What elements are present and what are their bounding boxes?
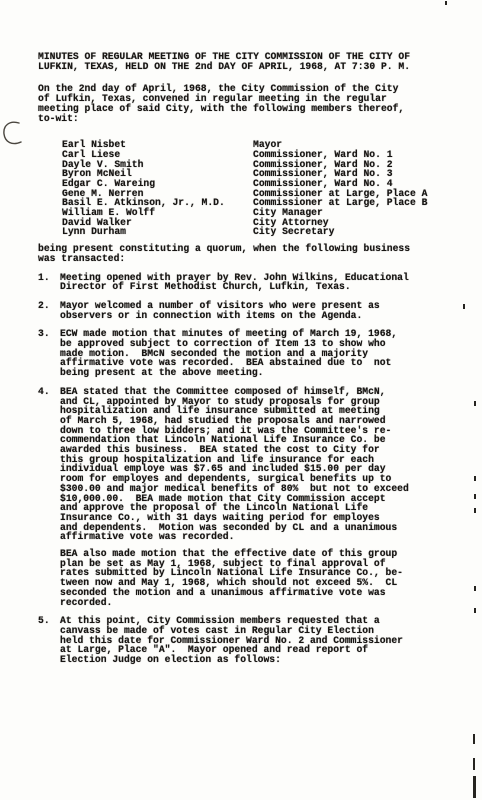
item-text: ECW made motion that minutes of meeting … — [60, 329, 397, 378]
item-paragraph: At this point, City Commission members r… — [60, 616, 403, 665]
attendee-list: Earl Nisbet Mayor Carl Liese Commissione… — [62, 140, 458, 237]
item-number: 5. — [38, 616, 60, 665]
agenda-item-5: 5. At this point, City Commission member… — [38, 616, 458, 665]
document-title: MINUTES OF REGULAR MEETING OF THE CITY C… — [38, 52, 458, 71]
attendee-name: Lynn Durham — [62, 227, 253, 237]
document-body: MINUTES OF REGULAR MEETING OF THE CITY C… — [38, 52, 458, 674]
scan-speck — [474, 494, 476, 499]
scan-speck — [474, 508, 476, 513]
scan-speck — [473, 758, 475, 770]
intro-paragraph: On the 2nd day of April, 1968, the City … — [38, 84, 458, 123]
agenda-item-2: 2. Mayor welcomed a number of visitors w… — [38, 301, 458, 320]
scan-speck — [474, 401, 476, 406]
item-paragraph: ECW made motion that minutes of meeting … — [60, 329, 397, 378]
attendee-row: Lynn Durham City Secretary — [62, 227, 458, 237]
item-paragraph: BEA also made motion that the effective … — [60, 549, 409, 607]
agenda-item-1: 1. Meeting opened with prayer by Rev. Jo… — [38, 273, 458, 292]
item-text: BEA stated that the Committee composed o… — [60, 387, 409, 607]
item-number: 1. — [38, 273, 60, 292]
scan-speck — [474, 476, 476, 481]
agenda-item-3: 3. ECW made motion that minutes of meeti… — [38, 329, 458, 378]
item-number: 3. — [38, 329, 60, 378]
scan-speck — [473, 776, 476, 798]
item-number: 4. — [38, 387, 60, 607]
scan-speck — [463, 304, 465, 309]
item-paragraph: BEA stated that the Committee composed o… — [60, 387, 409, 542]
scan-speck — [445, 1, 447, 5]
scanned-document-page: MINUTES OF REGULAR MEETING OF THE CITY C… — [0, 0, 482, 800]
agenda-item-4: 4. BEA stated that the Committee compose… — [38, 387, 458, 607]
agenda-items: 1. Meeting opened with prayer by Rev. Jo… — [38, 273, 458, 665]
scan-speck — [474, 586, 476, 591]
item-text: At this point, City Commission members r… — [60, 616, 403, 665]
quorum-paragraph: being present constituting a quorum, whe… — [38, 244, 458, 263]
scan-speck — [473, 734, 475, 744]
scan-speck — [474, 608, 476, 613]
item-paragraph: Meeting opened with prayer by Rev. John … — [60, 273, 409, 292]
item-text: Mayor welcomed a number of visitors who … — [60, 301, 380, 320]
attendee-role: City Secretary — [253, 227, 334, 237]
handwritten-c-mark — [0, 118, 26, 150]
item-paragraph: Mayor welcomed a number of visitors who … — [60, 301, 380, 320]
item-number: 2. — [38, 301, 60, 320]
item-text: Meeting opened with prayer by Rev. John … — [60, 273, 409, 292]
